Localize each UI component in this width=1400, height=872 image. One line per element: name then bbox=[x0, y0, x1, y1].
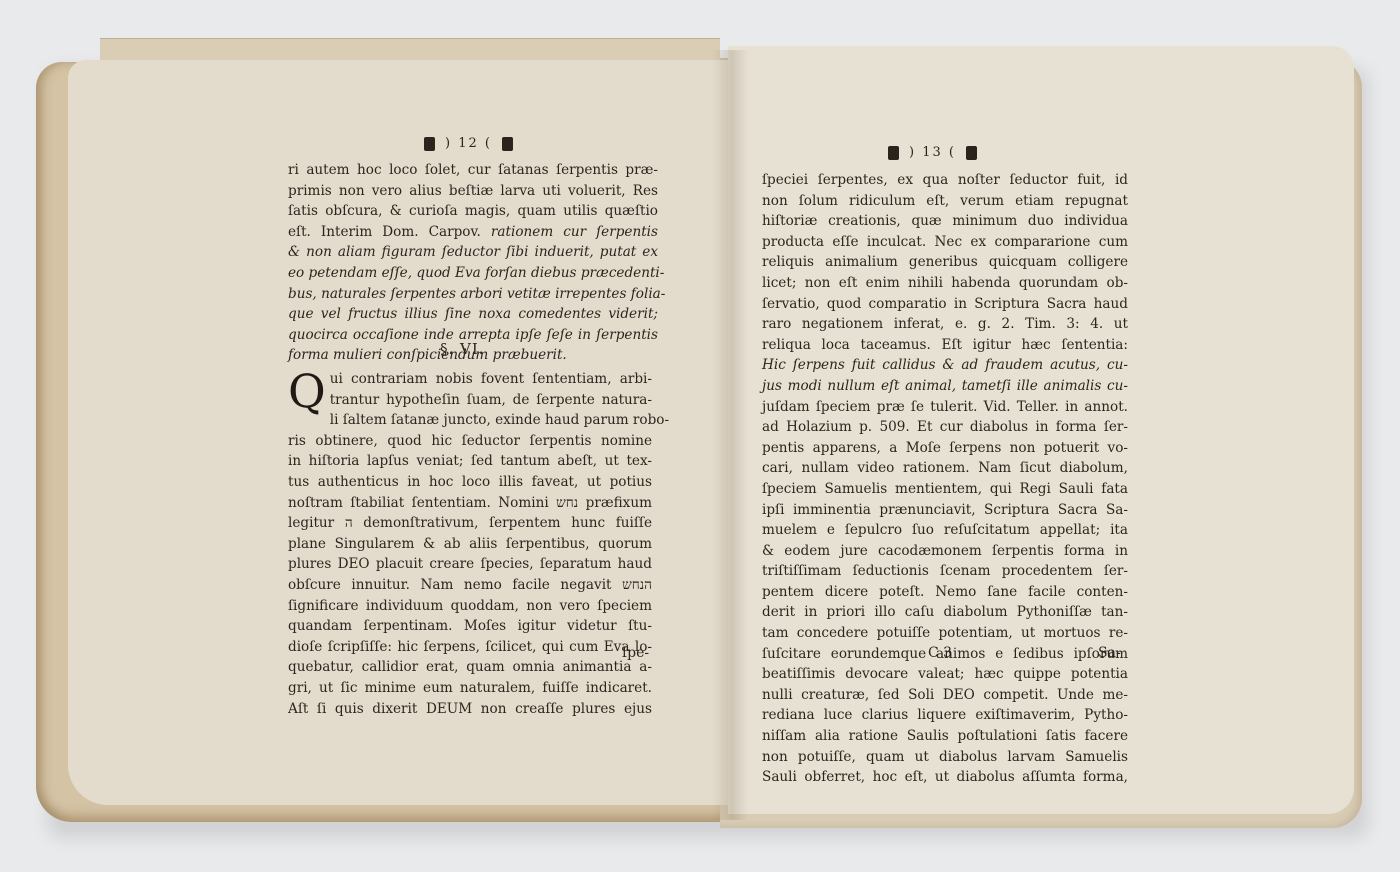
text-line: noſtram ſtabiliat ſententiam. Nomini נחש… bbox=[288, 493, 652, 514]
page-number: ) 12 ( bbox=[445, 136, 492, 151]
text-line: hiſtoriæ creationis, quæ minimum duo ind… bbox=[762, 211, 1128, 232]
ornament-icon bbox=[966, 146, 977, 160]
text-line: ad Holazium p. 509. Et cur diabolus in f… bbox=[762, 417, 1128, 438]
signature-mark: C 3 bbox=[928, 645, 952, 661]
text-line: cari, nullam video rationem. Nam ſicut d… bbox=[762, 458, 1128, 479]
text-line: beatiſſimis devocare valeat; hæc quippe … bbox=[762, 664, 1128, 685]
text-line: reliqua loca taceamus. Eſt igitur hæc ſe… bbox=[762, 335, 1128, 356]
text-line: eo petendam eſſe, quod Eva forſan diebus… bbox=[288, 263, 658, 284]
text-line: nulli creaturæ, ſed Soli DEO competit. U… bbox=[762, 685, 1128, 706]
text-line: tus authenticus in hoc loco illis faveat… bbox=[288, 472, 652, 493]
text-line: non potuiſſe, quam ut diabolus larvam Sa… bbox=[762, 747, 1128, 768]
right-running-head: ) 13 ( bbox=[888, 145, 977, 160]
text-line: muelem e ſepulcro ſuo reſuſcitatum appel… bbox=[762, 520, 1128, 541]
text-line: pentis apparens, a Moſe ſerpens non potu… bbox=[762, 438, 1128, 459]
text-line: ſignificare individuum quoddam, non vero… bbox=[288, 596, 652, 617]
left-paragraph-2: Q ui contrariam nobis fovent ſententiam,… bbox=[288, 369, 652, 719]
ornament-icon bbox=[502, 137, 513, 151]
text-line: reliquis animalium generibus quicquam co… bbox=[762, 252, 1128, 273]
right-text: ſpeciei ſerpentes, ex qua noſter ſeducto… bbox=[762, 170, 1128, 788]
text-line: triſtiſſimam ſeductionis ſcenam proceden… bbox=[762, 561, 1128, 582]
text-line: legitur ה demonſtrativum, ſerpentem hunc… bbox=[288, 513, 652, 534]
text-line: & eodem jure cacodæmonem ſerpentis forma… bbox=[762, 541, 1128, 562]
text-line: eſt. Interim Dom. Carpov. rationem cur ſ… bbox=[288, 222, 658, 243]
text-line: derit in priori illo caſu diabolum Pytho… bbox=[762, 602, 1128, 623]
text-line: plures DEO placuit creare ſpecies, ſepar… bbox=[288, 554, 652, 575]
text-line: obſcure innuitur. Nam nemo facile negavi… bbox=[288, 575, 652, 596]
text-line: ipſi imminentia prænunciavit, Scriptura … bbox=[762, 500, 1128, 521]
drop-cap: Q bbox=[288, 371, 326, 411]
right-catchword: Sa- bbox=[1098, 645, 1121, 661]
text-line: & non aliam figuram ſeductor ſibi induer… bbox=[288, 242, 658, 263]
left-running-head: ) 12 ( bbox=[424, 136, 513, 151]
text-line: primis non vero alius beſtiæ larva uti v… bbox=[288, 181, 658, 202]
text-line: tam concedere potuiſſe potentiam, ut mor… bbox=[762, 623, 1128, 644]
text-line: ri autem hoc loco ſolet, cur ſatanas ſer… bbox=[288, 160, 658, 181]
text-line: ſpeciem Samuelis mentientem, qui Regi Sa… bbox=[762, 479, 1128, 500]
text-line: li ſaltem ſatanæ juncto, exinde haud par… bbox=[288, 410, 652, 431]
text-line: gri, ut ſic minime eum naturalem, fuiſſe… bbox=[288, 678, 652, 699]
text-line: raro negationem inferat, e. g. 2. Tim. 3… bbox=[762, 314, 1128, 335]
book-gutter bbox=[712, 50, 748, 820]
left-paragraph-1: ri autem hoc loco ſolet, cur ſatanas ſer… bbox=[288, 160, 658, 366]
text-fragment: eſt. Interim Dom. Carpov. bbox=[288, 224, 481, 240]
text-line: ui contrariam nobis fovent ſententiam, a… bbox=[288, 369, 652, 390]
text-line: pentem dicere poteſt. Nemo ſane facile c… bbox=[762, 582, 1128, 603]
text-line: quebatur, callidior erat, quam omnia ani… bbox=[288, 657, 652, 678]
text-line: non ſolum ridiculum eſt, verum etiam rep… bbox=[762, 191, 1128, 212]
section-heading: §. VI. bbox=[440, 340, 485, 358]
text-line: ſatis obſcura, & curioſa magis, quam uti… bbox=[288, 201, 658, 222]
left-catchword: ſpe- bbox=[622, 645, 649, 661]
text-line: Hic ſerpens fuit callidus & ad fraudem a… bbox=[762, 355, 1128, 376]
text-line: ſpeciei ſerpentes, ex qua noſter ſeducto… bbox=[762, 170, 1128, 191]
text-line: licet; non eſt enim nihili habenda quoru… bbox=[762, 273, 1128, 294]
text-line: dioſe ſcripſiſſe: hic ſerpens, ſcilicet,… bbox=[288, 637, 652, 658]
text-line: producta eſſe inculcat. Nec ex comparari… bbox=[762, 232, 1128, 253]
text-line: ris obtinere, quod hic ſeductor ſerpenti… bbox=[288, 431, 652, 452]
text-line: Aſt ſi quis dixerit DEUM non creaſſe plu… bbox=[288, 699, 652, 720]
text-line: jus modi nullum eſt animal, tametſi ille… bbox=[762, 376, 1128, 397]
text-line: que vel fructus illius ſine noxa comeden… bbox=[288, 304, 658, 325]
text-line: Sauli obferret, hoc eſt, ut diabolus aſſ… bbox=[762, 767, 1128, 788]
text-line: niſſam alia ratione Saulis poſtulationi … bbox=[762, 726, 1128, 747]
text-line: ſervatio, quod comparatio in Scriptura S… bbox=[762, 294, 1128, 315]
text-line: juſdam ſpeciem præ ſe tulerit. Vid. Tell… bbox=[762, 397, 1128, 418]
text-line: trantur hypotheſin ſuam, de ſerpente nat… bbox=[288, 390, 652, 411]
text-line: bus, naturales ſerpentes arbori vetitæ i… bbox=[288, 284, 658, 305]
text-line: rediana luce clarius liquere exiſtimaver… bbox=[762, 705, 1128, 726]
italic-fragment: rationem cur ſerpentis bbox=[491, 224, 658, 240]
text-line: in hiſtoria lapſus veniat; ſed tantum ab… bbox=[288, 451, 652, 472]
ornament-icon bbox=[424, 137, 435, 151]
ornament-icon bbox=[888, 146, 899, 160]
text-line: quandam ſerpentinam. Moſes igitur videtu… bbox=[288, 616, 652, 637]
page-number: ) 13 ( bbox=[909, 145, 956, 160]
text-line: plane Singularem & ab aliis ſerpentibus,… bbox=[288, 534, 652, 555]
